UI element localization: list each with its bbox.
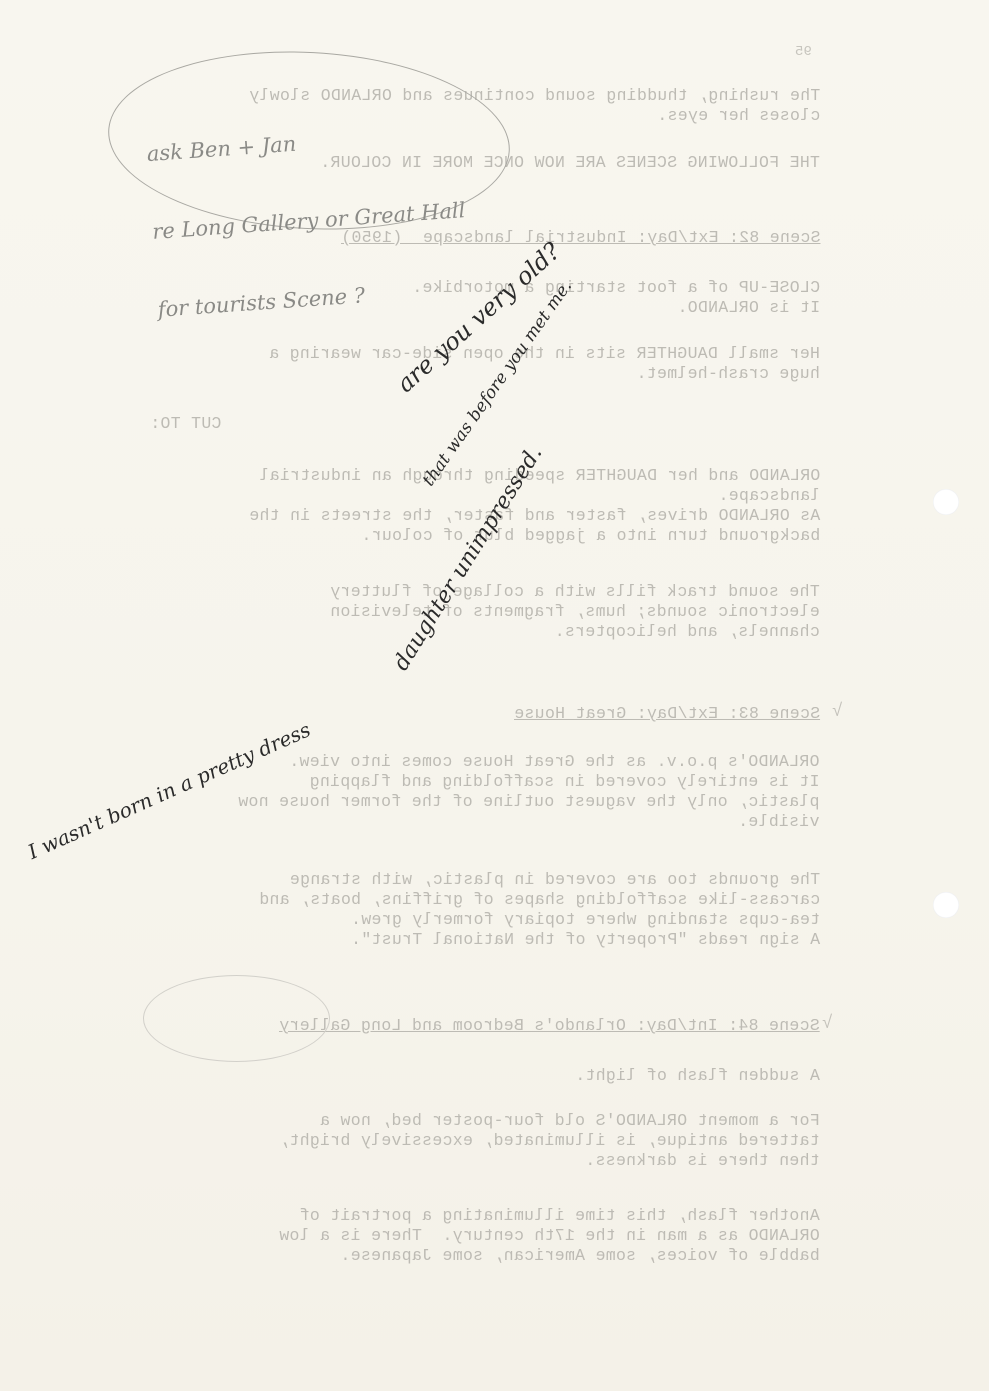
pencil-note: ask Ben + Jan re Long Gallery or Great H… bbox=[142, 67, 475, 374]
document-page: 95 The rushing, thudding sound continues… bbox=[0, 0, 989, 1391]
script-paragraph: A sudden flash of light. bbox=[575, 1066, 820, 1086]
check-mark-icon: √ bbox=[822, 1014, 833, 1034]
script-paragraph: The sound track fills with a collage of … bbox=[330, 582, 820, 642]
script-paragraph: The grounds too are covered in plastic, … bbox=[259, 870, 820, 950]
check-mark-icon: √ bbox=[832, 702, 843, 722]
script-paragraph: CUT TO: bbox=[150, 414, 221, 434]
scene-heading: Scene 84: Int/Day: Orlando's Bedroom and… bbox=[279, 1016, 820, 1036]
script-paragraph: ORLANDO and her DAUGHTER speeding throug… bbox=[249, 466, 820, 546]
pencil-oval-faint bbox=[143, 975, 330, 1062]
script-paragraph: ORLANDO's p.o.v. as the Great House come… bbox=[238, 752, 820, 832]
punch-hole bbox=[933, 892, 959, 918]
page-number: 95 bbox=[795, 44, 812, 60]
script-paragraph: For a moment ORLANDO'S old four-poster b… bbox=[279, 1111, 820, 1171]
punch-hole bbox=[933, 489, 959, 515]
scene-heading: Scene 83: Ext/Day: Great House bbox=[514, 704, 820, 724]
script-paragraph: Another flash, this time illuminating a … bbox=[279, 1206, 820, 1266]
